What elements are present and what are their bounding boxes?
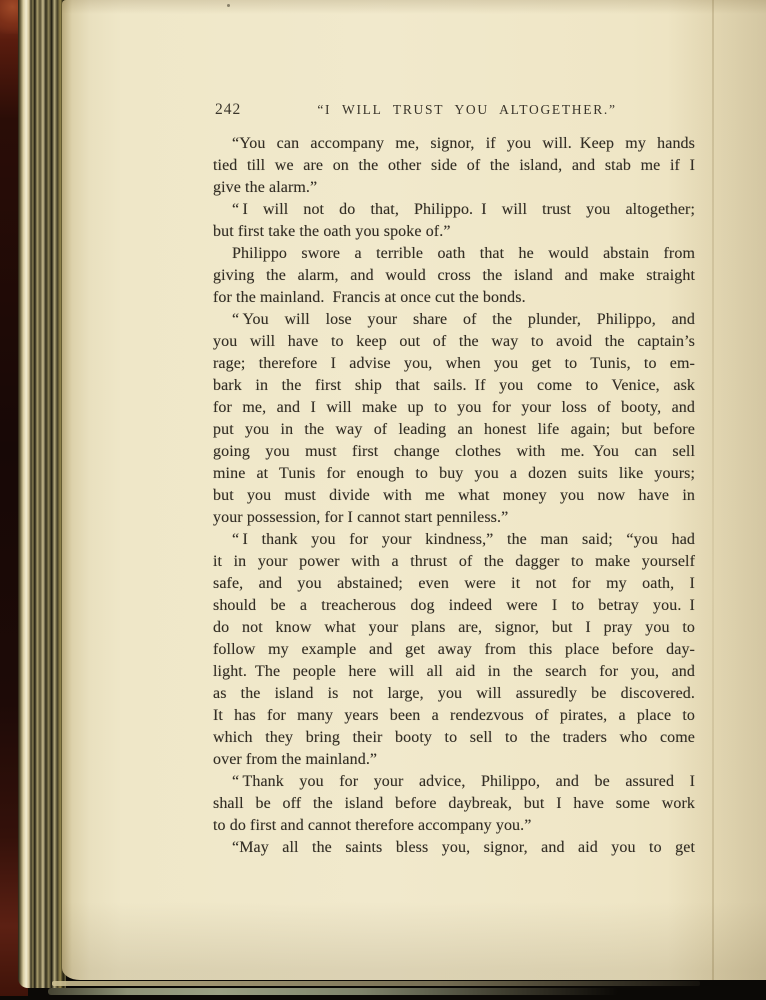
text-line: do not know what your plans are, signor,… <box>213 617 695 639</box>
text-line: you will have to keep out of the way to … <box>213 331 695 353</box>
page-crease <box>712 0 714 980</box>
text-line: over from the mainland.” <box>213 749 695 771</box>
text-line: mine at Tunis for enough to buy you a do… <box>213 463 695 485</box>
print-speck <box>227 4 230 7</box>
text-line: for me, and I will make up to you for yo… <box>213 397 695 419</box>
text-line: “ I thank you for your kindness,” the ma… <box>213 529 695 551</box>
text-line: it in your power with a thrust of the da… <box>213 551 695 573</box>
paragraph: Philippo swore a terrible oath that he w… <box>213 243 695 309</box>
text-line: give the alarm.” <box>213 177 695 199</box>
text-line: which they bring their booty to sell to … <box>213 727 695 749</box>
paragraph: “ Thank you for your advice, Philippo, a… <box>213 771 695 837</box>
text-line: giving the alarm, and would cross the is… <box>213 265 695 287</box>
page-number: 242 <box>215 101 241 119</box>
text-line: “ You will lose your share of the plunde… <box>213 309 695 331</box>
book-page: 242 “I WILL TRUST YOU ALTOGETHER.” “You … <box>62 0 766 980</box>
text-line: safe, and you abstained; even were it no… <box>213 573 695 595</box>
text-line: Philippo swore a terrible oath that he w… <box>213 243 695 265</box>
paragraph: “May all the saints bless you, signor, a… <box>213 837 695 859</box>
paragraph: “You can accompany me, signor, if you wi… <box>213 133 695 199</box>
under-page-edge <box>52 981 700 986</box>
text-line: shall be off the island before daybreak,… <box>213 793 695 815</box>
text-line: tied till we are on the other side of th… <box>213 155 695 177</box>
text-line: going you must first change clothes with… <box>213 441 695 463</box>
paragraph: “ I thank you for your kindness,” the ma… <box>213 529 695 771</box>
running-head: 242 “I WILL TRUST YOU ALTOGETHER.” <box>213 100 695 122</box>
text-line: to do first and cannot therefore accompa… <box>213 815 695 837</box>
text-line: “May all the saints bless you, signor, a… <box>213 837 695 859</box>
text-line: “You can accompany me, signor, if you wi… <box>213 133 695 155</box>
text-line: It has for many years been a rendezvous … <box>213 705 695 727</box>
paragraph: “ You will lose your share of the plunde… <box>213 309 695 529</box>
text-line: but you must divide with me what money y… <box>213 485 695 507</box>
running-header: “I WILL TRUST YOU ALTOGETHER.” <box>213 100 695 118</box>
text-line: “ Thank you for your advice, Philippo, a… <box>213 771 695 793</box>
text-line: “ I will not do that, Philippo. I will t… <box>213 199 695 221</box>
text-line: for the mainland. Francis at once cut th… <box>213 287 695 309</box>
page-edge-stack <box>18 0 66 988</box>
text-line: as the island is not large, you will ass… <box>213 683 695 705</box>
bottom-page-edges <box>48 988 618 995</box>
text-line: rage; therefore I advise you, when you g… <box>213 353 695 375</box>
book-scan: 242 “I WILL TRUST YOU ALTOGETHER.” “You … <box>0 0 766 1000</box>
paragraph: “ I will not do that, Philippo. I will t… <box>213 199 695 243</box>
text-line: should be a treacherous dog indeed were … <box>213 595 695 617</box>
page-text: “You can accompany me, signor, if you wi… <box>213 133 695 859</box>
text-line: bark in the first ship that sails. If yo… <box>213 375 695 397</box>
text-line: put you in the way of leading an honest … <box>213 419 695 441</box>
text-line: but first take the oath you spoke of.” <box>213 221 695 243</box>
text-line: your possession, for I cannot start penn… <box>213 507 695 529</box>
text-line: light. The people here will all aid in t… <box>213 661 695 683</box>
text-line: follow my example and get away from this… <box>213 639 695 661</box>
